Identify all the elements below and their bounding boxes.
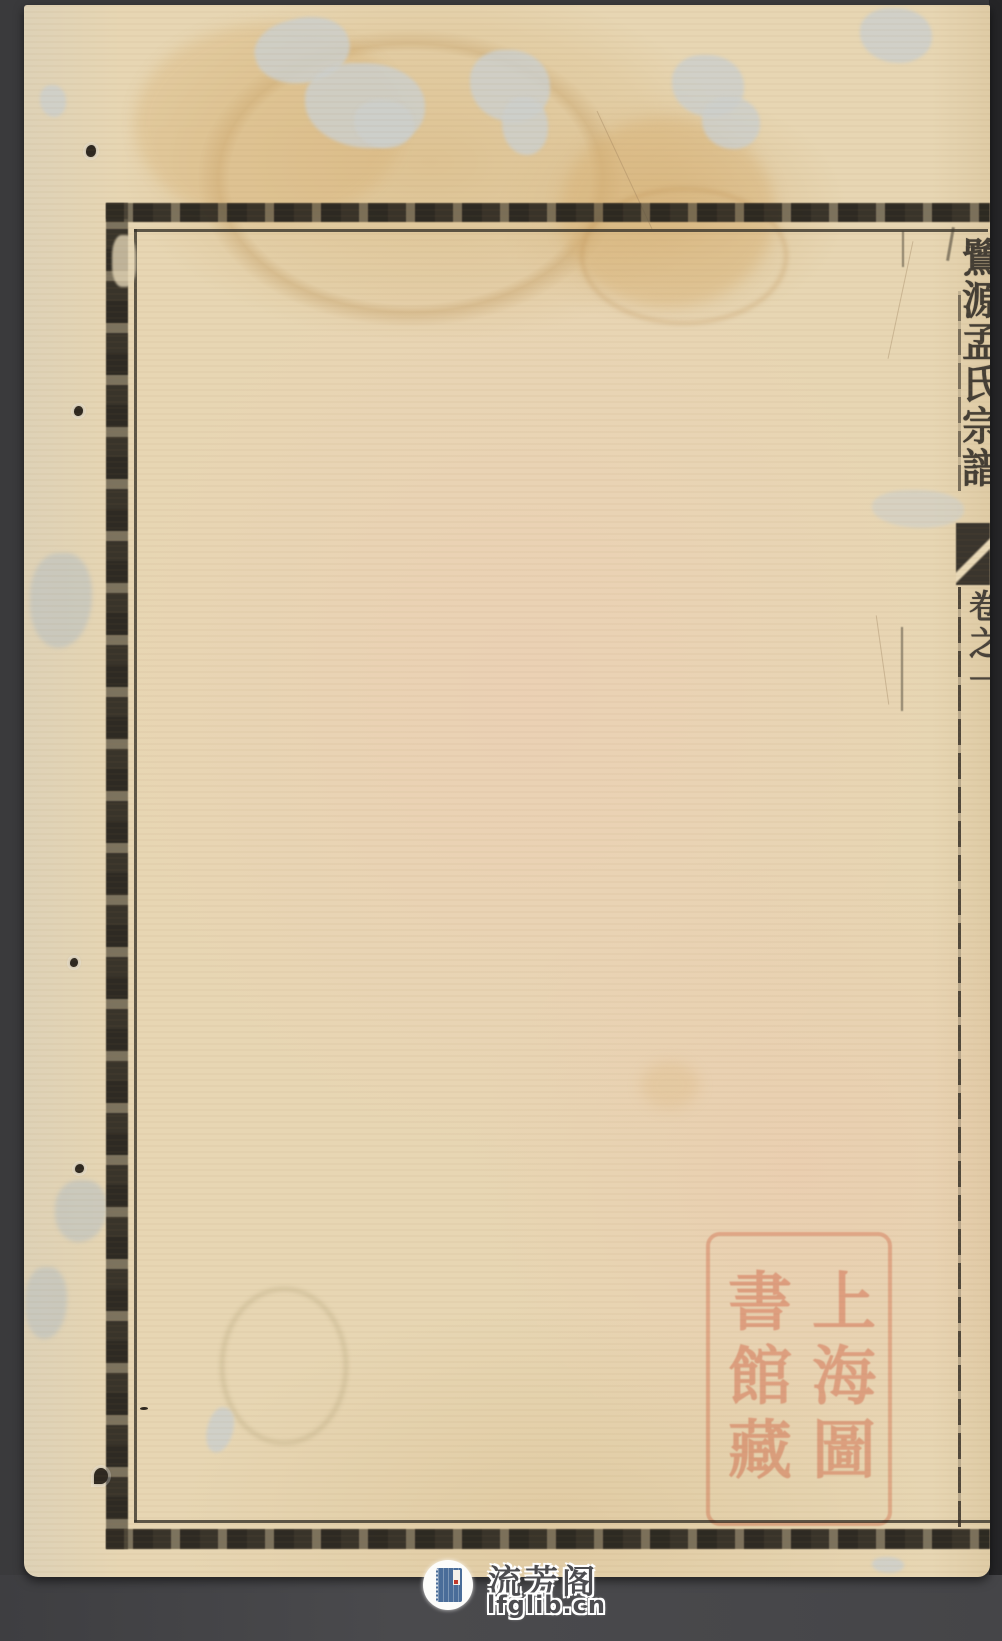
frame-inner-line-left [134, 229, 137, 1522]
paper-damage-patch [25, 1267, 67, 1339]
binding-hole [94, 1468, 108, 1484]
binding-hole [70, 958, 78, 967]
paper-page: 鷺 源 孟 氏 宗 譜 卷之一 上海圖 書館藏 [24, 5, 990, 1577]
spine-title-char: 宗 [962, 406, 990, 448]
paper-damage-patch [860, 8, 932, 63]
paper-crease [888, 241, 914, 359]
paper-damage-patch [872, 1557, 904, 1573]
fishtail-printing-mark [956, 523, 990, 585]
scanned-book-page: 鷺 源 孟 氏 宗 譜 卷之一 上海圖 書館藏 流芳阁 lfglib.cn [0, 0, 1002, 1641]
spine-volume-label: 卷之一 [962, 589, 990, 719]
frame-inner-line-right [902, 231, 904, 267]
ink-speck [140, 1407, 148, 1410]
watermark-url: lfglib.cn [487, 1591, 606, 1619]
spine-title-char: 譜 [962, 448, 990, 490]
seal-column-left: 書館藏 [712, 1242, 796, 1516]
frame-inner-line-right [901, 627, 903, 711]
water-stain-ring [220, 1287, 348, 1445]
stitched-book-icon [436, 1568, 462, 1602]
paper-crease [876, 615, 890, 704]
spine-title-char: 鷺 [962, 238, 990, 280]
spine-title-char: 氏 [962, 364, 990, 406]
paper-wear-band [872, 490, 964, 528]
paper-damage-patch [672, 55, 744, 117]
centerfold-line [946, 227, 955, 261]
paper-damage-patch [470, 50, 550, 122]
smudge-stain [640, 1061, 700, 1109]
paper-damage-patch [702, 97, 760, 149]
paper-damage-patch [248, 7, 357, 94]
binding-hole [75, 1164, 84, 1173]
paper-damage-patch [40, 85, 66, 117]
water-stain [134, 23, 404, 223]
paper-damage-patch [502, 97, 548, 155]
paper-damage-patch [354, 100, 414, 148]
centerfold-line [958, 587, 961, 1527]
binding-hole [74, 406, 83, 416]
book-label-icon [453, 1570, 460, 1585]
frame-inner-line-top [134, 229, 988, 232]
frame-border-left [106, 203, 128, 1549]
paper-damage-patch [30, 553, 92, 648]
binding-hole [86, 145, 96, 157]
scanner-background-right [989, 0, 1002, 1641]
paper-damage-patch [201, 1404, 240, 1456]
frame-border-top [106, 203, 990, 222]
spine-title: 鷺 源 孟 氏 宗 譜 [962, 238, 990, 490]
library-seal: 上海圖 書館藏 [706, 1232, 892, 1526]
paper-damage-patch [55, 1180, 107, 1242]
spine-title-char: 源 [962, 280, 990, 322]
centerfold-line [958, 291, 961, 491]
watermark-logo-circle [423, 1560, 473, 1610]
spine-title-char: 孟 [962, 322, 990, 364]
seal-column-right: 上海圖 [796, 1242, 880, 1516]
frame-border-bottom [106, 1529, 990, 1549]
paper-damage-patch [305, 63, 425, 148]
